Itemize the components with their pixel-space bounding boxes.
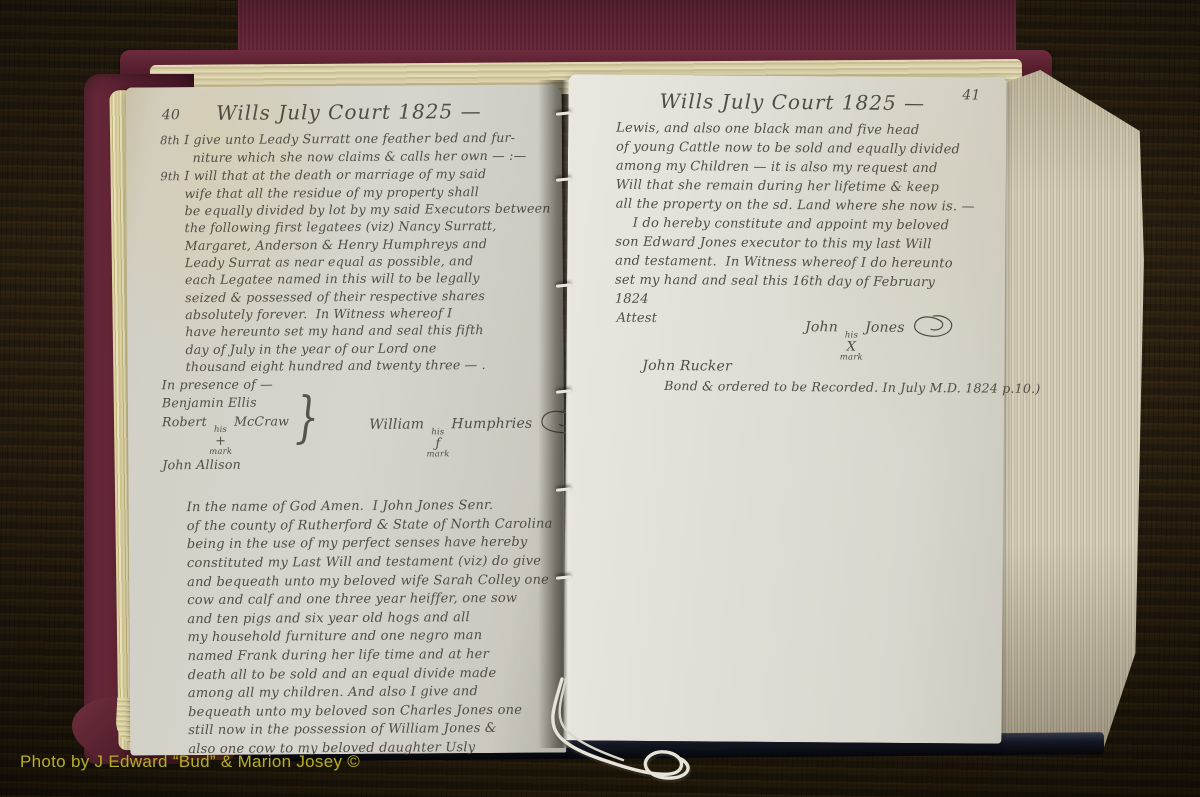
attest-row: Attest JohnhisXmarkJones <box>600 311 980 363</box>
witness-name-text: Benjamin Ellis <box>162 395 257 411</box>
line-text: Will that she remain during her lifetime… <box>616 178 939 196</box>
will-text-line: still now in the possession of William J… <box>164 720 542 741</box>
testator-signature-right: JohnhisXmarkJones <box>805 312 955 362</box>
line-text: seized & possessed of their respective s… <box>185 288 485 305</box>
line-text: Lewis, and also one black man and five h… <box>616 121 919 138</box>
witness-name: John Allison <box>162 456 289 476</box>
line-text: I give unto Leady Surratt one feather be… <box>184 130 515 147</box>
line-text: my household furniture and one negro man <box>187 628 482 645</box>
line-text: cow and calf and one three year heiffer,… <box>187 591 517 608</box>
section-gap <box>162 473 540 500</box>
signature-surname: Jones <box>865 320 905 336</box>
will-text-line: thousand eight hundred and twenty three … <box>162 356 540 376</box>
will-entry-2: In the name of God Amen. I John Jones Se… <box>163 497 543 760</box>
signature-surname: Humphries <box>451 416 532 433</box>
line-text: son Edward Jones executor to this my las… <box>615 235 931 252</box>
line-text: Margaret, Anderson & Henry Humphreys and <box>185 236 487 253</box>
line-text: and testament. In Witness whereof I do h… <box>615 254 953 272</box>
right-page-content: Wills July Court 1825 — 41 Lewis, and al… <box>563 74 1006 743</box>
item-number: 8th <box>160 132 184 149</box>
will-text-line: set my hand and seal this 16th day of Fe… <box>601 271 981 293</box>
item-number: 9th <box>160 168 184 185</box>
right-page: Wills July Court 1825 — 41 Lewis, and al… <box>563 74 1006 743</box>
photo-credit-watermark: Photo by J Edward “Bud” & Marion Josey © <box>20 752 360 772</box>
witness-surname-text: McCraw <box>234 414 289 429</box>
line-text: set my hand and seal this 16th day of Fe… <box>615 273 935 291</box>
line-text: still now in the possession of William J… <box>188 721 497 738</box>
presence-line: In presence of — <box>162 375 540 393</box>
right-page-number: 41 <box>962 87 980 103</box>
line-text: constituted my Last Will and testament (… <box>187 554 541 571</box>
will-text-line: have hereunto set my hand and seal this … <box>161 321 539 341</box>
will-entry-1: 8thI give unto Leady Surratt one feather… <box>160 129 540 376</box>
left-page-number: 40 <box>162 107 180 123</box>
left-page-content: 40 Wills July Court 1825 — 8thI give unt… <box>126 84 567 755</box>
witness-name-text: John Allison <box>162 457 241 473</box>
line-text: and bequeath unto my beloved wife Sarah … <box>187 572 549 590</box>
line-text: Leady Surrat as near equal as possible, … <box>185 253 474 270</box>
line-text: among all my children. And also I give a… <box>188 684 478 701</box>
will-text-line: Margaret, Anderson & Henry Humphreys and <box>161 234 539 254</box>
line-text: I do hereby constitute and appoint my be… <box>615 216 949 234</box>
will-text-line: seized & possessed of their respective s… <box>161 286 539 306</box>
will-text-line: 9thI will that at the death or marriage … <box>160 164 538 185</box>
line-text: have hereunto set my hand and seal this … <box>185 322 483 339</box>
line-text: of the county of Rutherford & State of N… <box>187 516 553 534</box>
witness-name: Roberthis+markMcCraw <box>162 413 289 457</box>
his-mark: his+mark <box>209 426 232 456</box>
line-text: In the name of God Amen. I John Jones Se… <box>187 498 494 515</box>
line-text: and ten pigs and six year old hogs and a… <box>187 610 470 627</box>
line-text: death all to be sold and an equal divide… <box>188 665 497 682</box>
will-text-line: 1824 <box>601 290 981 312</box>
will-text-line: constituted my Last Will and testament (… <box>163 553 541 574</box>
witness-brace: } <box>295 389 319 446</box>
will-text-line: In the name of God Amen. I John Jones Se… <box>163 497 541 518</box>
line-text: all the property on the sd. Land where s… <box>616 197 975 215</box>
will-text-line: death all to be sold and an equal divide… <box>164 664 542 685</box>
his-mark: hisXmark <box>840 331 863 361</box>
seal-scribble-icon <box>911 313 955 343</box>
signature-area-left: Benjamin Ellis Roberthis+markMcCraw John… <box>162 392 541 476</box>
line-text: I will that at the death or marriage of … <box>184 166 486 183</box>
page-stack-right-edges <box>1000 70 1144 748</box>
will-entry-continued: Lewis, and also one black man and five h… <box>601 119 982 312</box>
his-mark: hisƒmark <box>426 428 449 458</box>
witness-name-text: Robert <box>162 414 207 429</box>
line-text: named Frank during her life time and at … <box>188 647 489 664</box>
line-text: day of July in the year of our Lord one <box>185 340 436 357</box>
witness-name: Benjamin Ellis <box>162 394 289 414</box>
line-text: bequeath unto my beloved son Charles Jon… <box>188 702 522 719</box>
will-text-line: cow and calf and one three year heiffer,… <box>163 590 541 611</box>
signature-first-name: John <box>805 319 838 335</box>
witness-list: Benjamin Ellis Roberthis+markMcCraw John… <box>162 394 290 476</box>
right-page-title: Wills July Court 1825 — <box>660 89 926 115</box>
left-page-header: 40 Wills July Court 1825 — <box>160 99 538 126</box>
right-page-header: Wills July Court 1825 — 41 <box>602 89 982 116</box>
left-page: 40 Wills July Court 1825 — 8thI give unt… <box>126 84 567 755</box>
line-text: absolutely forever. In Witness whereof I <box>185 305 452 322</box>
line-text: among my Children — it is also my reques… <box>616 159 938 177</box>
signature-first-name: William <box>369 417 424 433</box>
line-text: of young Cattle now to be sold and equal… <box>616 140 960 158</box>
line-text: be equally divided by lot by my said Exe… <box>184 201 550 219</box>
line-text: thousand eight hundred and twenty three … <box>186 357 486 374</box>
will-text-line: niture which she now claims & calls her … <box>160 147 538 167</box>
line-text: wife that all the residue of my property… <box>184 184 479 201</box>
bond-recorded-line: Bond & ordered to be Recorded. In July M… <box>664 378 980 395</box>
line-text: 1824 <box>615 292 649 307</box>
line-text: each Legatee named in this will to be le… <box>185 270 480 287</box>
line-text: the following first legatees (viz) Nancy… <box>185 218 497 235</box>
will-text-line: named Frank during her life time and at … <box>164 646 542 667</box>
binding-string <box>528 674 718 796</box>
line-text: being in the use of my perfect senses ha… <box>187 535 528 552</box>
attest-label: Attest <box>616 311 657 360</box>
line-text: niture which she now claims & calls her … <box>184 148 526 165</box>
left-page-title: Wills July Court 1825 — <box>216 99 482 125</box>
